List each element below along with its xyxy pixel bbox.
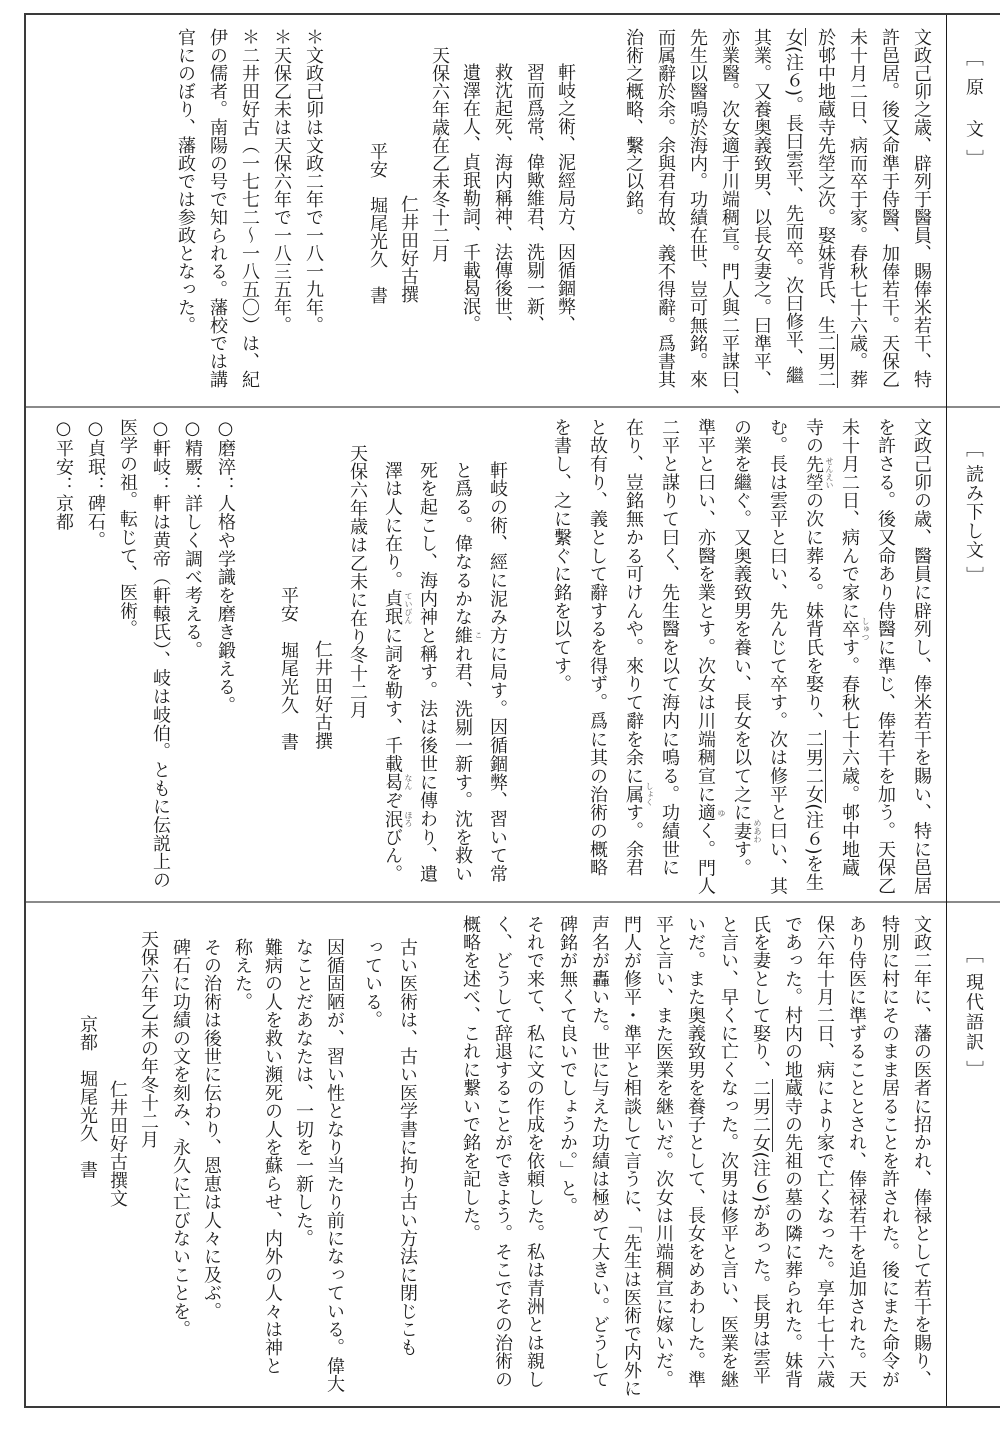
reading-poem-line: と爲る。偉なるかな維これ君、洗剔一新す。沈を救い (452, 461, 472, 883)
translation-body-line: と言い、早くに亡くなった。次男は修平と言い、医業を継 (718, 915, 738, 1388)
ruby-text: ほろ (404, 811, 413, 827)
ruby-base: 属 (623, 785, 644, 803)
translation-date: 天保六年乙未の年冬十二月 (138, 930, 158, 1148)
reading-body-line: の業を繼ぐ。又奥義致男を養い、長女を以て之に妻めあわす。 (731, 418, 751, 877)
translation-body-line: それで来て、私に文の作成を依頼した。私は青洲とは親し (524, 915, 544, 1388)
reading-note: 医学の祖。転じて、医術。 (117, 418, 137, 638)
ruby-annotated-word: 妻めあわ (731, 822, 752, 840)
translation-body-line: 保六年十月二日、病により家で亡くなった。享年七十六歳 (814, 915, 834, 1388)
reading-body-line: を書し、之に繫ぐに銘を以てす。 (551, 418, 571, 693)
original-note: ＊文政己卯は文政二年で一八一九年。 (303, 28, 323, 334)
translation-poem-line: っている。 (362, 938, 382, 1029)
translation-author: 仁井田好古撰文 (107, 1080, 127, 1207)
reading-poem-line: 軒岐の術、經に泥み方に局す。因循錮弊、習いて常 (487, 461, 507, 883)
original-body-line: 文政己卯之歳、辟列于醫員、賜俸米若干、特 (911, 28, 931, 388)
translation-body-line: 概略を述べ、これに繋いで銘を記した。 (460, 915, 480, 1243)
text-segment: く。門人 (695, 822, 716, 895)
translation-poem-line: 因循固陋が、習い性となり当たり前になっている。偉大 (324, 938, 344, 1393)
original-poem-line: 習而爲常、偉歟維君、洗剔一新、 (524, 63, 544, 333)
translation-body-line: あり侍医に準ずることとされ、俸禄若干を追加された。天 (846, 915, 866, 1388)
ruby-text: せんえい (825, 457, 834, 489)
frame-top-border (24, 13, 1000, 15)
ruby-base: 適 (695, 803, 716, 821)
original-body-line: 先生以醫鳴於海内。功績在世、豈可無銘。來 (687, 28, 707, 388)
text-segment: びん。 (382, 828, 403, 883)
reading-body-line: 文政己卯の歳、醫員に辟列し、俸米若干を賜い、特に邑居 (911, 418, 931, 895)
original-calligrapher: 平安 堀尾光久 書 (367, 142, 387, 304)
original-note: 官にのぼり、藩政では参政となった。 (175, 28, 195, 334)
text-segment: 準平と曰い、亦醫を業とす。次女は川端稠宣に (695, 418, 716, 803)
reading-body-line: を許さる。後又命あり侍醫に準じ、俸若干を加う。天保乙 (875, 418, 895, 895)
reading-calligrapher: 平安 堀尾光久 書 (278, 586, 298, 751)
sidelined-text: 二男二女 (803, 730, 826, 803)
label-column-divider (946, 15, 947, 1406)
reading-body-line: 未十月二日、病んで家に卒しゅつす。春秋七十六歳。邨中地蔵 (839, 418, 859, 877)
text-segment: に詞を勒す、千載 (382, 626, 403, 773)
ruby-base: 曷 (382, 773, 403, 791)
translation-body-line: 声名が轟いた。世に与えた功績は極めて大きい。どうして (589, 915, 609, 1388)
reading-note: ○軒岐：軒は黄帝（軒轅氏）、岐は岐伯。ともに伝説上の (150, 418, 170, 889)
translation-body-line: 碑銘が無くて良いでしょうか。」と。 (557, 915, 577, 1215)
text-segment: す。 (731, 840, 752, 877)
ruby-text: こ (474, 631, 483, 639)
ruby-text: しゅつ (861, 617, 870, 641)
text-segment: の次に葬る。妹背氏を娶り、 (803, 491, 824, 730)
ruby-annotated-word: 適ゆ (695, 803, 716, 821)
ruby-annotated-word: 泯ほろ (382, 810, 403, 828)
sidelined-text: 女 (783, 28, 806, 46)
original-body-line: 治術之概略、繫之以銘。 (623, 28, 643, 226)
text-segment: す。余君 (623, 803, 644, 876)
section-label-original: ［ 原 文 ］ (963, 48, 983, 170)
text-segment: 未十月二日、病んで家に (839, 418, 860, 620)
reading-body-line: 準平と曰い、亦醫を業とす。次女は川端稠宣に適ゆく。門人 (695, 418, 715, 895)
translation-body-line: 特別に村にそのまま居ることを許された。後にまた命令が (879, 915, 899, 1388)
reading-poem-line: 死を起こし、海内神と稱す。法は後世に傳わり、遺 (417, 461, 437, 883)
section-divider (26, 901, 1000, 903)
translation-poem-line: 称えた。 (232, 938, 252, 1011)
original-poem-line: 遺澤在人、貞珉勒詞、千載曷泯。 (460, 63, 480, 333)
reading-author: 仁井田好古撰 (312, 640, 332, 750)
ruby-annotated-word: 卒しゅつ (839, 620, 860, 638)
original-body-line: 而属辭於余。余與君有故、義不得辭。爲書其 (655, 28, 675, 388)
reading-note: ○精覈：詳しく調べ考える。 (182, 418, 202, 660)
ruby-annotated-word: 属しょく (623, 785, 644, 803)
ruby-base: 維 (452, 626, 473, 644)
translation-body-line: いだ。また奥義致男を養子として、長女をめあわした。準 (685, 915, 705, 1388)
ruby-base: 先塋 (803, 455, 824, 492)
translation-body-line: 文政二年に、藩の医者に招かれ、俸禄として若干を賜り、 (911, 915, 931, 1388)
reading-note: ○磨淬：人格や学識を磨き鍛える。 (215, 418, 235, 715)
original-body-line: 女(注６)。長曰雲平、先而卒。次曰修平、繼 (783, 28, 803, 384)
translation-body-line: 氏を妻として娶り、二男二女(注６)があった。長男は雲平 (750, 915, 770, 1384)
translation-poem-line: 古い医術は、古い医学書に拘り古い方法に閉じこも (397, 938, 417, 1357)
document-page: ［ 原 文 ］ 文政己卯之歳、辟列于醫員、賜俸米若干、特 許邑居。後又命準于侍醫… (0, 0, 1000, 1442)
ruby-base: 卒 (839, 620, 860, 638)
reading-body-line: 寺の先塋せんえいの次に葬る。妹背氏を娶り、二男二女(注６)を生 (803, 418, 823, 892)
translation-poem-line: 碑石に功績の文を刻み、永久に亡びないことを。 (170, 938, 190, 1338)
text-segment: 寺の (803, 418, 824, 455)
section-label-translation: ［ 現代語訳 ］ (963, 945, 983, 1080)
ruby-annotated-word: 貞珉ていびん (382, 589, 403, 626)
text-segment: と爲る。偉なるかな (452, 461, 473, 626)
original-body-line: 許邑居。後又命準于侍醫、加俸若干。天保乙 (879, 28, 899, 388)
reading-body-line: と故有り、義として辭するを得ず。爲に其の治術の概略 (587, 418, 607, 877)
reading-body-line: 二平と謀りて曰く、先生醫を以て海内に鳴る。功績世に (659, 418, 679, 877)
section-label-reading: ［ 読み下し文 ］ (963, 439, 983, 585)
original-note: ＊天保乙未は天保六年で一八三五年。 (271, 28, 291, 334)
original-poem-line: 軒岐之術、泥經局方、因循錮弊、 (555, 63, 575, 333)
ruby-base: 貞珉 (382, 589, 403, 626)
original-author: 仁井田好古撰 (398, 195, 418, 303)
reading-note: ○平安：京都 (53, 418, 73, 531)
ruby-text: なん (404, 774, 413, 790)
sidelined-text: 二男二 (815, 334, 838, 388)
ruby-annotated-word: 維こ (452, 626, 473, 644)
reading-date: 天保六年歳は乙未に在り冬十二月 (347, 444, 367, 719)
text-segment: 澤は人に在り。 (382, 461, 403, 589)
section-divider (26, 406, 1000, 408)
original-note: 伊の儒者。南陽の号で知られる。藩校では講 (207, 28, 227, 388)
original-note: ＊二井田好古（一七七二～一八五〇）は、紀 (239, 28, 259, 388)
translation-poem-line: その治術は後世に伝わり、恩恵は人々に及ぶ。 (201, 938, 221, 1320)
translation-poem-line: 難病の人を救い瀕死の人を蘇らせ、内外の人々は神と (262, 938, 282, 1375)
ruby-text: しょく (645, 782, 654, 806)
sidelined-text: 二男二女 (750, 1079, 773, 1152)
ruby-text: ゆ (717, 809, 726, 817)
reading-poem-line: 澤は人に在り。貞珉ていびんに詞を勒す、千載曷なんぞ泯ほろびん。 (382, 461, 402, 883)
text-segment: の業を繼ぐ。又奥義致男を養い、長女を以て之に (731, 418, 752, 822)
text-segment: (注６)。長曰雲平、先而卒。次曰修平、繼 (783, 46, 804, 384)
original-body-line: 未十月二日、病而卒于家。春秋七十六歳。葬 (847, 28, 867, 388)
text-segment: 在り、豈銘無かる可けんや。來りて辭を余に (623, 418, 644, 785)
original-poem-line: 救沈起死、海内稱神、法傳後世、 (492, 63, 512, 333)
ruby-text: ていびん (404, 592, 413, 624)
original-body-line: 亦業醫。次女適于川端稠宣。門人與二平謀曰、 (719, 28, 739, 406)
text-segment: 氏を妻として娶り、 (750, 915, 771, 1079)
original-body-line: 其業。又養奥義致男、以長女妻之。曰準平、 (751, 28, 771, 388)
text-segment: 於邨中地蔵寺先塋之次。娶妹背氏、生 (815, 28, 836, 334)
frame-bottom-border (24, 1406, 1000, 1408)
text-segment: れ君、洗剔一新す。沈を救い (452, 645, 473, 884)
ruby-text: めあわ (753, 819, 762, 843)
text-segment: ぞ (382, 791, 403, 809)
ruby-base: 妻 (731, 822, 752, 840)
reading-body-line: む。長は雲平と曰い、先んじて卒す。次は修平と曰い、其 (767, 418, 787, 895)
translation-body-line: く、どうして辞退することができよう。そこでその治術の (492, 915, 512, 1388)
original-date: 天保六年歳在乙未冬十二月 (429, 46, 449, 262)
translation-body-line: であった。村内の地蔵寺の先祖の墓の隣に葬られた。妹背 (782, 915, 802, 1388)
reading-note: ○貞珉：碑石。 (85, 418, 105, 549)
translation-calligrapher: 京都 堀尾光久 書 (77, 1015, 97, 1179)
translation-body-line: 平と言い、また医業を継いだ。次女は川端稠宣に嫁いだ。 (653, 915, 673, 1388)
text-segment: (注６)があった。長男は雲平 (750, 1152, 771, 1385)
text-segment: (注６)を生 (803, 803, 824, 891)
frame-left-border (24, 13, 26, 1408)
ruby-annotated-word: 曷なん (382, 773, 403, 791)
ruby-annotated-word: 先塋せんえい (803, 455, 824, 492)
translation-body-line: 門人が修平・準平と相談して言うに、「先生は医術で内外に (621, 915, 641, 1397)
reading-body-line: 在り、豈銘無かる可けんや。來りて辭を余に属しょくす。余君 (623, 418, 643, 877)
original-body-line: 於邨中地蔵寺先塋之次。娶妹背氏、生二男二 (815, 28, 835, 388)
text-segment: す。春秋七十六歳。邨中地蔵 (839, 638, 860, 877)
ruby-base: 泯 (382, 810, 403, 828)
translation-poem-line: なことだあなたは、一切を一新した。 (293, 938, 313, 1247)
